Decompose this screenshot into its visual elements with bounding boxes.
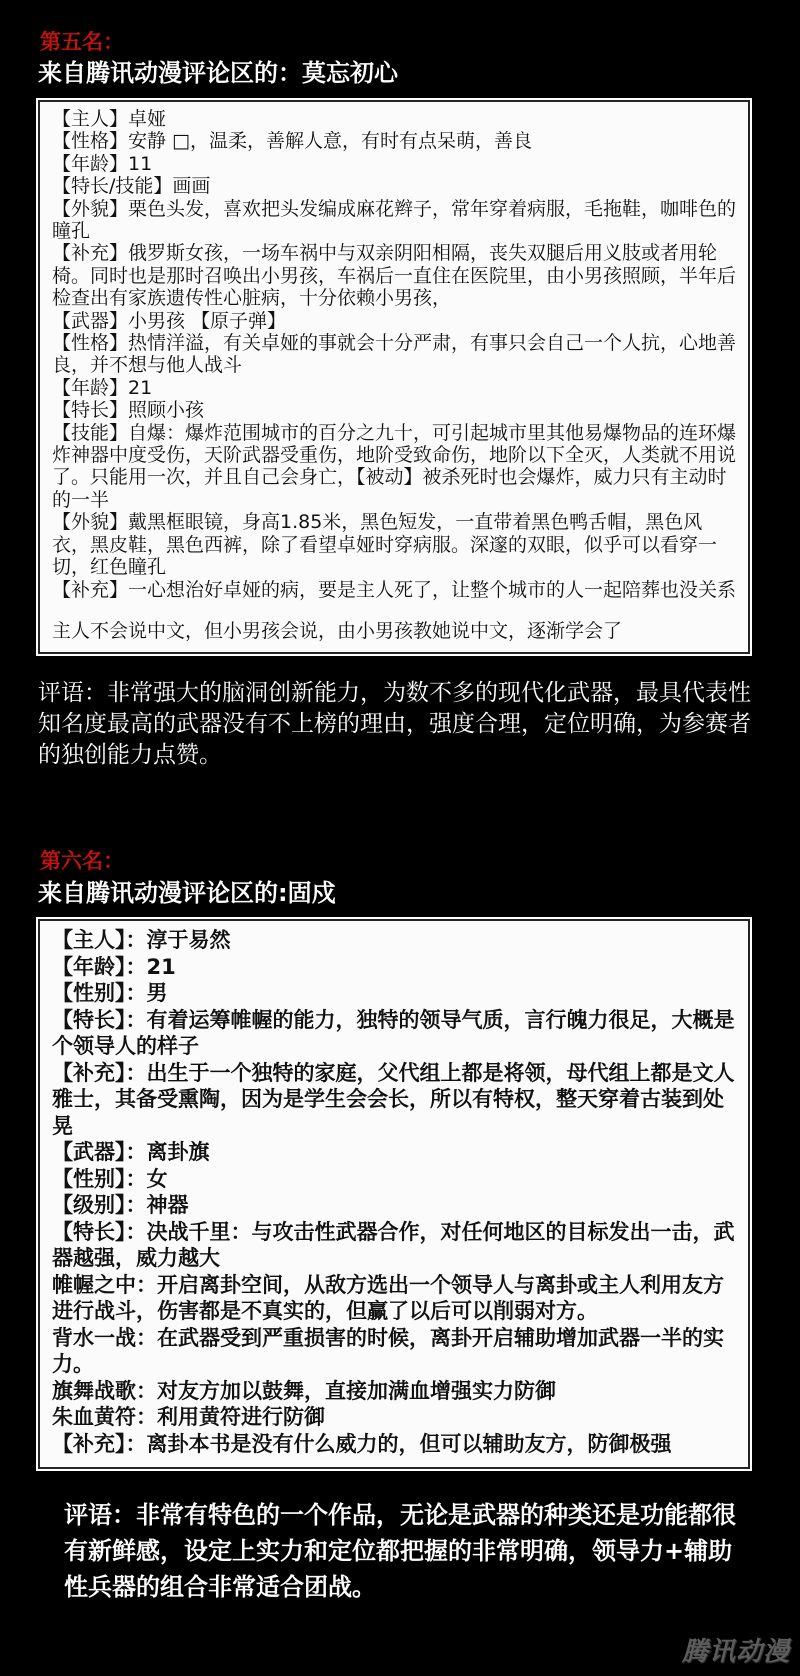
- card-paragraph: 【补充】俄罗斯女孩，一场车祸中与双亲阴阳相隔，丧失双腿后用义肢或者用轮椅。同时也…: [52, 242, 738, 309]
- card-paragraph: 【主人】：淳于易然: [52, 927, 738, 954]
- card-paragraph: 帷幄之中：开启离卦空间，从敌方选出一个领导人与离卦或主人利用友方进行战斗，伤害都…: [52, 1272, 738, 1325]
- card-paragraph: 【年龄】11: [52, 153, 738, 175]
- card-paragraph: 【补充】：离卦本书是没有什么威力的，但可以辅助友方，防御极强: [52, 1431, 738, 1458]
- card-paragraph: 【技能】自爆：爆炸范围城市的百分之九十，可引起城市里其他易爆物品的连环爆炸神器中…: [52, 422, 738, 512]
- card-paragraph: 【性别】：女: [52, 1166, 738, 1193]
- card-paragraph: 【特长/技能】画画: [52, 175, 738, 197]
- rank5-source-line: 来自腾讯动漫评论区的：莫忘初心: [38, 59, 800, 88]
- card-paragraph: 【外貌】栗色头发，喜欢把头发编成麻花辫子，常年穿着病服，毛拖鞋，咖啡色的瞳孔: [52, 198, 738, 243]
- card-paragraph: 【特长】：决战千里：与攻击性武器合作，对任何地区的目标发出一击，武器越强，威力越…: [52, 1219, 738, 1272]
- card-paragraph: 【补充】：出生于一个独特的家庭，父代组上都是将领，母代组上都是文人雅士，其备受熏…: [52, 1060, 738, 1140]
- card-paragraph: 【主人】卓娅: [52, 108, 738, 130]
- card-paragraph: [52, 601, 738, 620]
- rank6-character-sheet: 【主人】：淳于易然【年龄】：21【性别】：男【特长】：有着运筹帷幄的能力，独特的…: [36, 917, 752, 1471]
- card-paragraph: 旗舞战歌：对友方加以鼓舞，直接加满血增强实力防御: [52, 1378, 738, 1405]
- card-paragraph: 【武器】：离卦旗: [52, 1139, 738, 1166]
- rank5-judge-comment: 评语：非常强大的脑洞创新能力，为数不多的现代化武器，最具代表性知名度最高的武器没…: [38, 678, 758, 771]
- card-paragraph: 【补充】一心想治好卓娅的病，要是主人死了，让整个城市的人一起陪葬也没关系: [52, 579, 738, 601]
- card-paragraph: 主人不会说中文，但小男孩会说，由小男孩教她说中文，逐渐学会了: [52, 620, 738, 642]
- rank5-character-sheet: 【主人】卓娅【性格】安静 □，温柔，善解人意，有时有点呆萌，善良【年龄】11【特…: [36, 98, 752, 656]
- rank6-source-line: 来自腾讯动漫评论区的:固戍: [38, 879, 800, 908]
- card-paragraph: 朱血黄符：利用黄符进行防御: [52, 1404, 738, 1431]
- card-paragraph: 【性格】热情洋溢，有关卓娅的事就会十分严肃，有事只会自己一个人抗，心地善良，并不…: [52, 332, 738, 377]
- rank5-section: 第五名： 来自腾讯动漫评论区的：莫忘初心 【主人】卓娅【性格】安静 □，温柔，善…: [0, 30, 800, 771]
- card-paragraph: 【武器】小男孩 【原子弹】: [52, 310, 738, 332]
- card-paragraph: 【特长】：有着运筹帷幄的能力，独特的领导气质，言行魄力很足，大概是个领导人的样子: [52, 1007, 738, 1060]
- rank5-title: 第五名：: [40, 30, 800, 55]
- card-paragraph: 【级别】：神器: [52, 1192, 738, 1219]
- card-paragraph: 【外貌】戴黑框眼镜，身高1.85米，黑色短发，一直带着黑色鸭舌帽，黑色风衣，黑皮…: [52, 511, 738, 578]
- rank6-section: 第六名： 来自腾讯动漫评论区的:固戍 【主人】：淳于易然【年龄】：21【性别】：…: [0, 849, 800, 1605]
- card-paragraph: 【性别】：男: [52, 980, 738, 1007]
- rank6-title: 第六名：: [40, 849, 800, 874]
- card-paragraph: 【性格】安静 □，温柔，善解人意，有时有点呆萌，善良: [52, 130, 738, 152]
- card-paragraph: 背水一战：在武器受到严重损害的时候，离卦开启辅助增加武器一半的实力。: [52, 1325, 738, 1378]
- rank6-judge-comment: 评语：非常有特色的一个作品，无论是武器的种类还是功能都很有新鲜感，设定上实力和定…: [64, 1497, 752, 1605]
- card-paragraph: 【特长】照顾小孩: [52, 399, 738, 421]
- tencent-comics-logo: 腾讯动漫: [682, 1631, 790, 1668]
- card-paragraph: 【年龄】：21: [52, 954, 738, 981]
- card-paragraph: 【年龄】21: [52, 377, 738, 399]
